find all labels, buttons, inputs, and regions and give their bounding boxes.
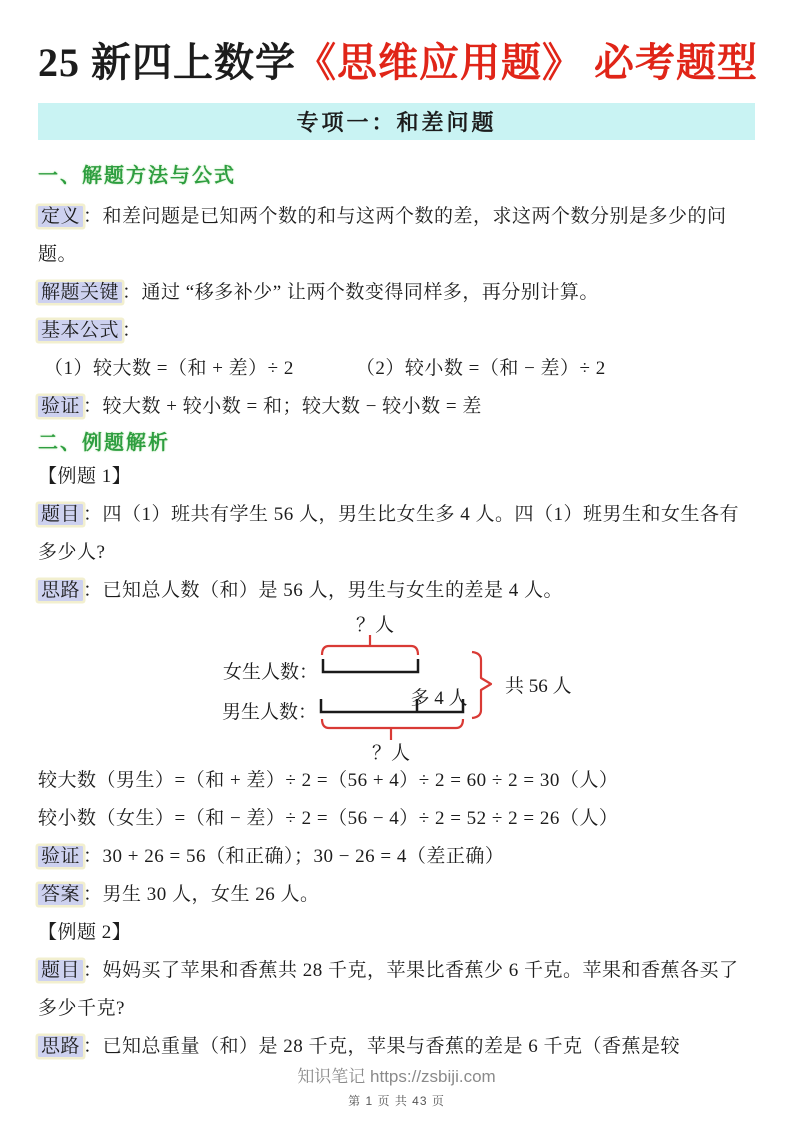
example1-question-paragraph: 题目：四（1）班共有学生 56 人，男生比女生多 4 人。四（1）班男生和女生各…: [38, 496, 755, 572]
section2-heading: 二、例题解析: [38, 428, 755, 458]
diagram-total-label: 共 56 人: [505, 675, 572, 697]
example1-calc-smaller: 较小数（女生）=（和 − 差）÷ 2 =（56 − 4）÷ 2 = 52 ÷ 2…: [38, 800, 755, 838]
keyword-basic-formula: 基本公式: [38, 320, 122, 341]
example1-label: 【例题 1】: [38, 458, 755, 496]
example1-answer-paragraph: 答案：男生 30 人，女生 26 人。: [38, 876, 755, 914]
example2-question-text: ：妈妈买了苹果和香蕉共 28 千克，苹果比香蕉少 6 千克。苹果和香蕉各买了多少…: [38, 960, 739, 1019]
diagram-boys-label: 男生人数：: [222, 701, 317, 723]
bottom-brace: [322, 719, 463, 728]
title-red-part: 《思维应用题》 必考题型: [296, 40, 758, 85]
definition-paragraph: 定义：和差问题是已知两个数的和与这两个数的差，求这两个数分别是多少的问题。: [38, 198, 755, 274]
worksheet-page: 25 新四上数学《思维应用题》 必考题型 专项一：和差问题 一、解题方法与公式 …: [0, 0, 793, 1122]
footer-page-number: 第 1 页 共 43 页: [0, 1092, 793, 1109]
page-content: 25 新四上数学《思维应用题》 必考题型 专项一：和差问题 一、解题方法与公式 …: [0, 0, 793, 1066]
formula-heading-text: ：: [122, 320, 142, 341]
keyword-question-2: 题目: [38, 960, 83, 981]
page-title: 25 新四上数学《思维应用题》 必考题型: [38, 36, 755, 90]
footer-watermark: 知识笔记 https://zsbiji.com: [0, 1062, 793, 1087]
section1-heading: 一、解题方法与公式: [38, 162, 755, 190]
bar-model-diagram: ？人 女生人数： 多 4 人 男生人数： 共 56 人 ？人: [215, 610, 600, 762]
total-brace: [472, 652, 491, 718]
formula-line: （1）较大数 =（和 + 差）÷ 2（2）较小数 =（和 − 差）÷ 2: [38, 350, 755, 388]
example1-verify-paragraph: 验证：30 + 26 = 56（和正确）；30 − 26 = 4（差正确）: [38, 838, 755, 876]
example1-answer-text: ：男生 30 人，女生 26 人。: [83, 884, 320, 905]
title-black-part: 25 新四上数学: [38, 40, 296, 85]
example1-idea-paragraph: 思路：已知总人数（和）是 56 人，男生与女生的差是 4 人。: [38, 572, 755, 610]
key-point-paragraph: 解题关键：通过 “移多补少” 让两个数变得同样多，再分别计算。: [38, 274, 755, 312]
definition-text: ：和差问题是已知两个数的和与这两个数的差，求这两个数分别是多少的问题。: [38, 206, 727, 265]
example2-idea-text: ：已知总重量（和）是 28 千克，苹果与香蕉的差是 6 千克（香蕉是较: [83, 1036, 680, 1057]
keyword-idea-2: 思路: [38, 1036, 83, 1057]
keyword-verify-1: 验证: [38, 846, 83, 867]
formula-smaller: （2）较小数 =（和 − 差）÷ 2: [356, 358, 606, 379]
verify-rule-text: ：较大数 + 较小数 = 和；较大数 − 较小数 = 差: [83, 396, 482, 417]
keyword-question-1: 题目: [38, 504, 83, 525]
top-brace: [322, 646, 418, 655]
example1-calc-larger: 较大数（男生）=（和 + 差）÷ 2 =（56 + 4）÷ 2 = 60 ÷ 2…: [38, 762, 755, 800]
example1-idea-text: ：已知总人数（和）是 56 人，男生与女生的差是 4 人。: [83, 580, 563, 601]
example2-label: 【例题 2】: [38, 914, 755, 952]
diagram-girls-label: 女生人数：: [223, 661, 318, 683]
example2-idea-paragraph: 思路：已知总重量（和）是 28 千克，苹果与香蕉的差是 6 千克（香蕉是较: [38, 1028, 755, 1066]
example1-verify-text: ：30 + 26 = 56（和正确）；30 − 26 = 4（差正确）: [83, 846, 504, 867]
diagram-top-label: ？人: [356, 614, 394, 636]
diagram-bottom-label: ？人: [372, 742, 410, 762]
key-point-text: ：通过 “移多补少” 让两个数变得同样多，再分别计算。: [122, 282, 599, 303]
formula-heading-paragraph: 基本公式：: [38, 312, 755, 350]
keyword-verify-rule: 验证: [38, 396, 83, 417]
topic-banner: 专项一：和差问题: [38, 103, 755, 140]
keyword-key-point: 解题关键: [38, 282, 122, 303]
girls-bar: [323, 659, 418, 672]
topic-banner-label: 专项一：和差问题: [296, 106, 496, 137]
keyword-answer-1: 答案: [38, 884, 83, 905]
verify-rule-paragraph: 验证：较大数 + 较小数 = 和；较大数 − 较小数 = 差: [38, 388, 755, 426]
example1-question-text: ：四（1）班共有学生 56 人，男生比女生多 4 人。四（1）班男生和女生各有多…: [38, 504, 739, 563]
example2-question-paragraph: 题目：妈妈买了苹果和香蕉共 28 千克，苹果比香蕉少 6 千克。苹果和香蕉各买了…: [38, 952, 755, 1028]
formula-larger: （1）较大数 =（和 + 差）÷ 2: [44, 358, 294, 379]
keyword-idea-1: 思路: [38, 580, 83, 601]
diagram-more-label: 多 4 人: [410, 687, 467, 709]
keyword-definition: 定义: [38, 206, 83, 227]
